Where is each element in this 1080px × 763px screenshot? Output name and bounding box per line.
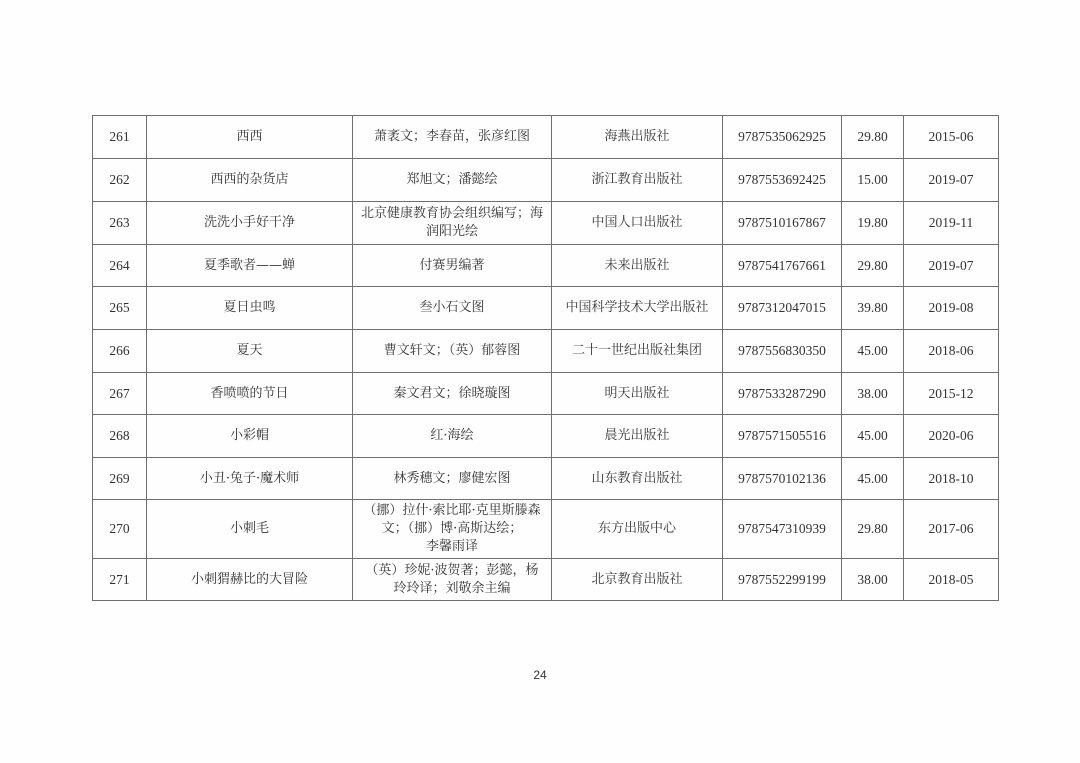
table-row: 267 香喷喷的节日 秦文君文；徐晓璇图 明天出版社 9787533287290… bbox=[93, 373, 999, 415]
cell-isbn: 9787552299199 bbox=[723, 559, 842, 601]
table-row: 266 夏天 曹文轩文；（英）郁蓉图 二十一世纪出版社集团 9787556830… bbox=[93, 330, 999, 373]
author-line: （挪）拉什·索比耶·克里斯滕森 bbox=[357, 502, 547, 520]
cell-author: 叁小石文图 bbox=[353, 287, 552, 330]
cell-number: 271 bbox=[93, 559, 147, 601]
cell-price: 29.80 bbox=[842, 116, 904, 159]
cell-date: 2015-06 bbox=[904, 116, 999, 159]
cell-publisher: 中国人口出版社 bbox=[552, 202, 723, 245]
cell-date: 2019-07 bbox=[904, 245, 999, 287]
cell-isbn: 9787535062925 bbox=[723, 116, 842, 159]
author-line: 秦文君文；徐晓璇图 bbox=[357, 385, 547, 403]
table-row: 264 夏季歌者——蝉 付赛男编著 未来出版社 9787541767661 29… bbox=[93, 245, 999, 287]
cell-price: 39.80 bbox=[842, 287, 904, 330]
cell-author: 林秀穗文；廖健宏图 bbox=[353, 458, 552, 500]
author-line: 玲玲译；刘敬余主编 bbox=[357, 580, 547, 598]
cell-author: （英）珍妮·波贺著；彭懿，杨玲玲译；刘敬余主编 bbox=[353, 559, 552, 601]
cell-author: 北京健康教育协会组织编写；海润阳光绘 bbox=[353, 202, 552, 245]
author-line: 叁小石文图 bbox=[357, 299, 547, 317]
cell-title: 洗洗小手好干净 bbox=[147, 202, 353, 245]
author-line: 萧袤文；李春苗，张彦红图 bbox=[357, 128, 547, 146]
author-line: 文；（挪）博·高斯达绘； bbox=[357, 520, 547, 538]
cell-number: 265 bbox=[93, 287, 147, 330]
author-line: 曹文轩文；（英）郁蓉图 bbox=[357, 342, 547, 360]
cell-number: 262 bbox=[93, 159, 147, 202]
cell-title: 小丑·兔子·魔术师 bbox=[147, 458, 353, 500]
cell-author: 付赛男编著 bbox=[353, 245, 552, 287]
document-page: 261 西西 萧袤文；李春苗，张彦红图 海燕出版社 9787535062925 … bbox=[0, 0, 1080, 763]
cell-title: 夏季歌者——蝉 bbox=[147, 245, 353, 287]
cell-price: 38.00 bbox=[842, 373, 904, 415]
table-body: 261 西西 萧袤文；李春苗，张彦红图 海燕出版社 9787535062925 … bbox=[93, 116, 999, 601]
table-row: 268 小彩帽 红·海绘 晨光出版社 9787571505516 45.00 2… bbox=[93, 415, 999, 458]
cell-date: 2020-06 bbox=[904, 415, 999, 458]
cell-publisher: 东方出版中心 bbox=[552, 500, 723, 559]
table-row: 261 西西 萧袤文；李春苗，张彦红图 海燕出版社 9787535062925 … bbox=[93, 116, 999, 159]
cell-isbn: 9787547310939 bbox=[723, 500, 842, 559]
table-row: 262 西西的杂货店 郑旭文；潘懿绘 浙江教育出版社 9787553692425… bbox=[93, 159, 999, 202]
author-line: （英）珍妮·波贺著；彭懿，杨 bbox=[357, 562, 547, 580]
cell-author: 郑旭文；潘懿绘 bbox=[353, 159, 552, 202]
cell-publisher: 二十一世纪出版社集团 bbox=[552, 330, 723, 373]
cell-publisher: 北京教育出版社 bbox=[552, 559, 723, 601]
cell-price: 29.80 bbox=[842, 500, 904, 559]
cell-number: 270 bbox=[93, 500, 147, 559]
cell-publisher: 未来出版社 bbox=[552, 245, 723, 287]
author-line: 李馨雨译 bbox=[357, 538, 547, 556]
cell-title: 西西的杂货店 bbox=[147, 159, 353, 202]
cell-publisher: 明天出版社 bbox=[552, 373, 723, 415]
author-line: 付赛男编著 bbox=[357, 257, 547, 275]
cell-title: 小彩帽 bbox=[147, 415, 353, 458]
cell-number: 266 bbox=[93, 330, 147, 373]
cell-number: 263 bbox=[93, 202, 147, 245]
cell-title: 夏日虫鸣 bbox=[147, 287, 353, 330]
cell-date: 2019-07 bbox=[904, 159, 999, 202]
cell-title: 小刺猬赫比的大冒险 bbox=[147, 559, 353, 601]
cell-title: 香喷喷的节日 bbox=[147, 373, 353, 415]
cell-price: 38.00 bbox=[842, 559, 904, 601]
cell-date: 2018-10 bbox=[904, 458, 999, 500]
table-row: 269 小丑·兔子·魔术师 林秀穗文；廖健宏图 山东教育出版社 97875701… bbox=[93, 458, 999, 500]
cell-date: 2018-06 bbox=[904, 330, 999, 373]
cell-author: 萧袤文；李春苗，张彦红图 bbox=[353, 116, 552, 159]
author-line: 郑旭文；潘懿绘 bbox=[357, 171, 547, 189]
cell-date: 2019-08 bbox=[904, 287, 999, 330]
author-line: 润阳光绘 bbox=[357, 223, 547, 241]
cell-publisher: 中国科学技术大学出版社 bbox=[552, 287, 723, 330]
cell-price: 15.00 bbox=[842, 159, 904, 202]
cell-number: 264 bbox=[93, 245, 147, 287]
cell-isbn: 9787553692425 bbox=[723, 159, 842, 202]
cell-publisher: 海燕出版社 bbox=[552, 116, 723, 159]
cell-title: 夏天 bbox=[147, 330, 353, 373]
cell-price: 29.80 bbox=[842, 245, 904, 287]
cell-publisher: 浙江教育出版社 bbox=[552, 159, 723, 202]
cell-price: 19.80 bbox=[842, 202, 904, 245]
cell-number: 268 bbox=[93, 415, 147, 458]
cell-title: 小刺毛 bbox=[147, 500, 353, 559]
table-row: 265 夏日虫鸣 叁小石文图 中国科学技术大学出版社 9787312047015… bbox=[93, 287, 999, 330]
table-row: 263 洗洗小手好干净 北京健康教育协会组织编写；海润阳光绘 中国人口出版社 9… bbox=[93, 202, 999, 245]
author-line: 北京健康教育协会组织编写；海 bbox=[357, 205, 547, 223]
cell-isbn: 9787556830350 bbox=[723, 330, 842, 373]
author-line: 林秀穗文；廖健宏图 bbox=[357, 470, 547, 488]
page-number: 24 bbox=[0, 668, 1080, 682]
cell-publisher: 山东教育出版社 bbox=[552, 458, 723, 500]
cell-isbn: 9787541767661 bbox=[723, 245, 842, 287]
table-row: 270 小刺毛 （挪）拉什·索比耶·克里斯滕森文；（挪）博·高斯达绘；李馨雨译 … bbox=[93, 500, 999, 559]
cell-author: （挪）拉什·索比耶·克里斯滕森文；（挪）博·高斯达绘；李馨雨译 bbox=[353, 500, 552, 559]
cell-publisher: 晨光出版社 bbox=[552, 415, 723, 458]
table-row: 271 小刺猬赫比的大冒险 （英）珍妮·波贺著；彭懿，杨玲玲译；刘敬余主编 北京… bbox=[93, 559, 999, 601]
cell-isbn: 9787570102136 bbox=[723, 458, 842, 500]
cell-number: 267 bbox=[93, 373, 147, 415]
cell-isbn: 9787510167867 bbox=[723, 202, 842, 245]
cell-author: 曹文轩文；（英）郁蓉图 bbox=[353, 330, 552, 373]
cell-isbn: 9787312047015 bbox=[723, 287, 842, 330]
cell-number: 269 bbox=[93, 458, 147, 500]
cell-date: 2015-12 bbox=[904, 373, 999, 415]
cell-title: 西西 bbox=[147, 116, 353, 159]
cell-date: 2017-06 bbox=[904, 500, 999, 559]
cell-isbn: 9787533287290 bbox=[723, 373, 842, 415]
cell-isbn: 9787571505516 bbox=[723, 415, 842, 458]
author-line: 红·海绘 bbox=[357, 427, 547, 445]
cell-price: 45.00 bbox=[842, 415, 904, 458]
cell-price: 45.00 bbox=[842, 330, 904, 373]
cell-author: 秦文君文；徐晓璇图 bbox=[353, 373, 552, 415]
cell-date: 2018-05 bbox=[904, 559, 999, 601]
book-list-table: 261 西西 萧袤文；李春苗，张彦红图 海燕出版社 9787535062925 … bbox=[92, 115, 999, 601]
cell-author: 红·海绘 bbox=[353, 415, 552, 458]
cell-price: 45.00 bbox=[842, 458, 904, 500]
cell-number: 261 bbox=[93, 116, 147, 159]
cell-date: 2019-11 bbox=[904, 202, 999, 245]
